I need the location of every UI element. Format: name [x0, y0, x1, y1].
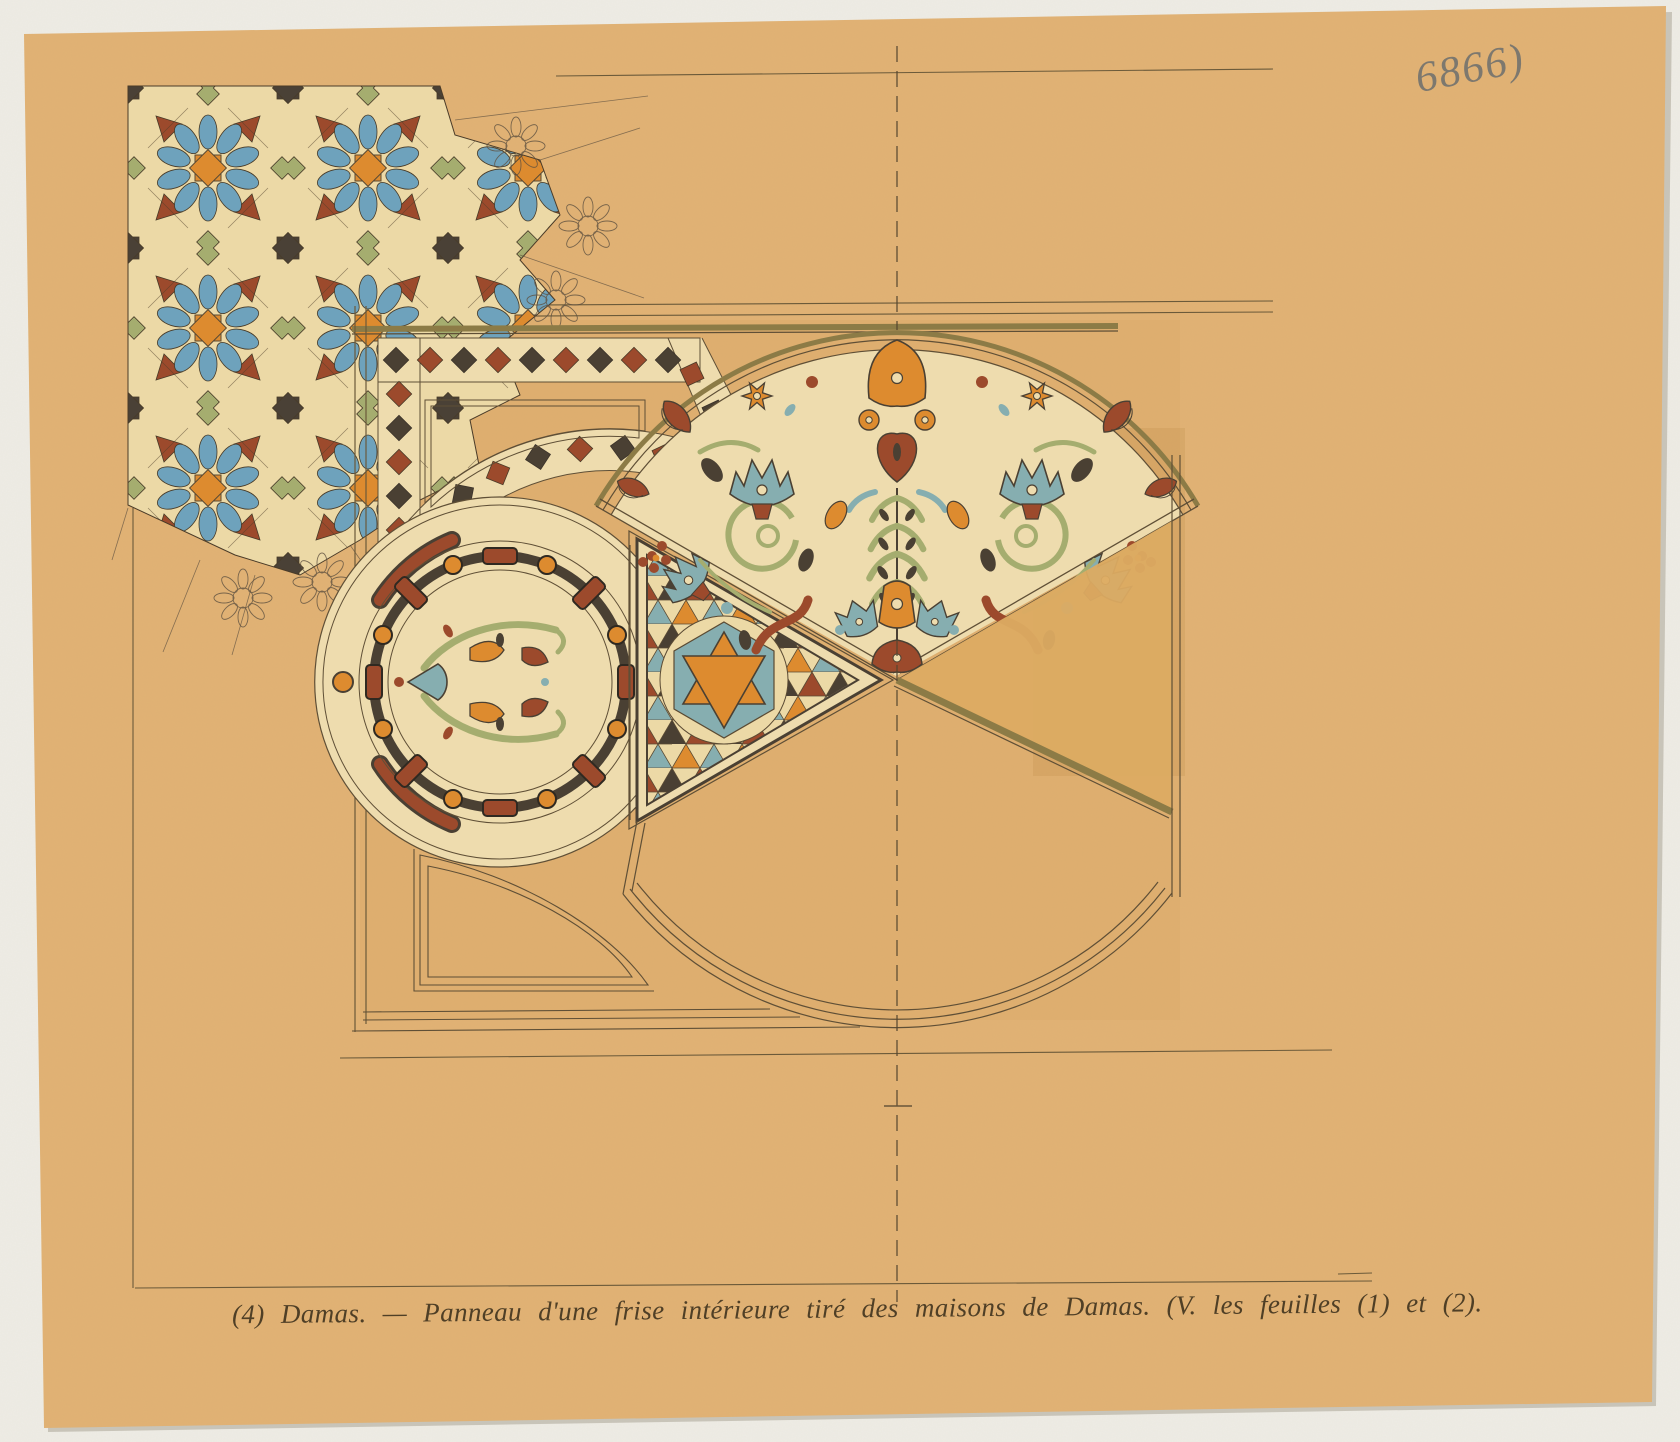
drawing-artwork [0, 0, 1680, 1442]
scanned-sheet: 6866) (4) Damas. — Panneau d'une frise i… [0, 0, 1680, 1442]
